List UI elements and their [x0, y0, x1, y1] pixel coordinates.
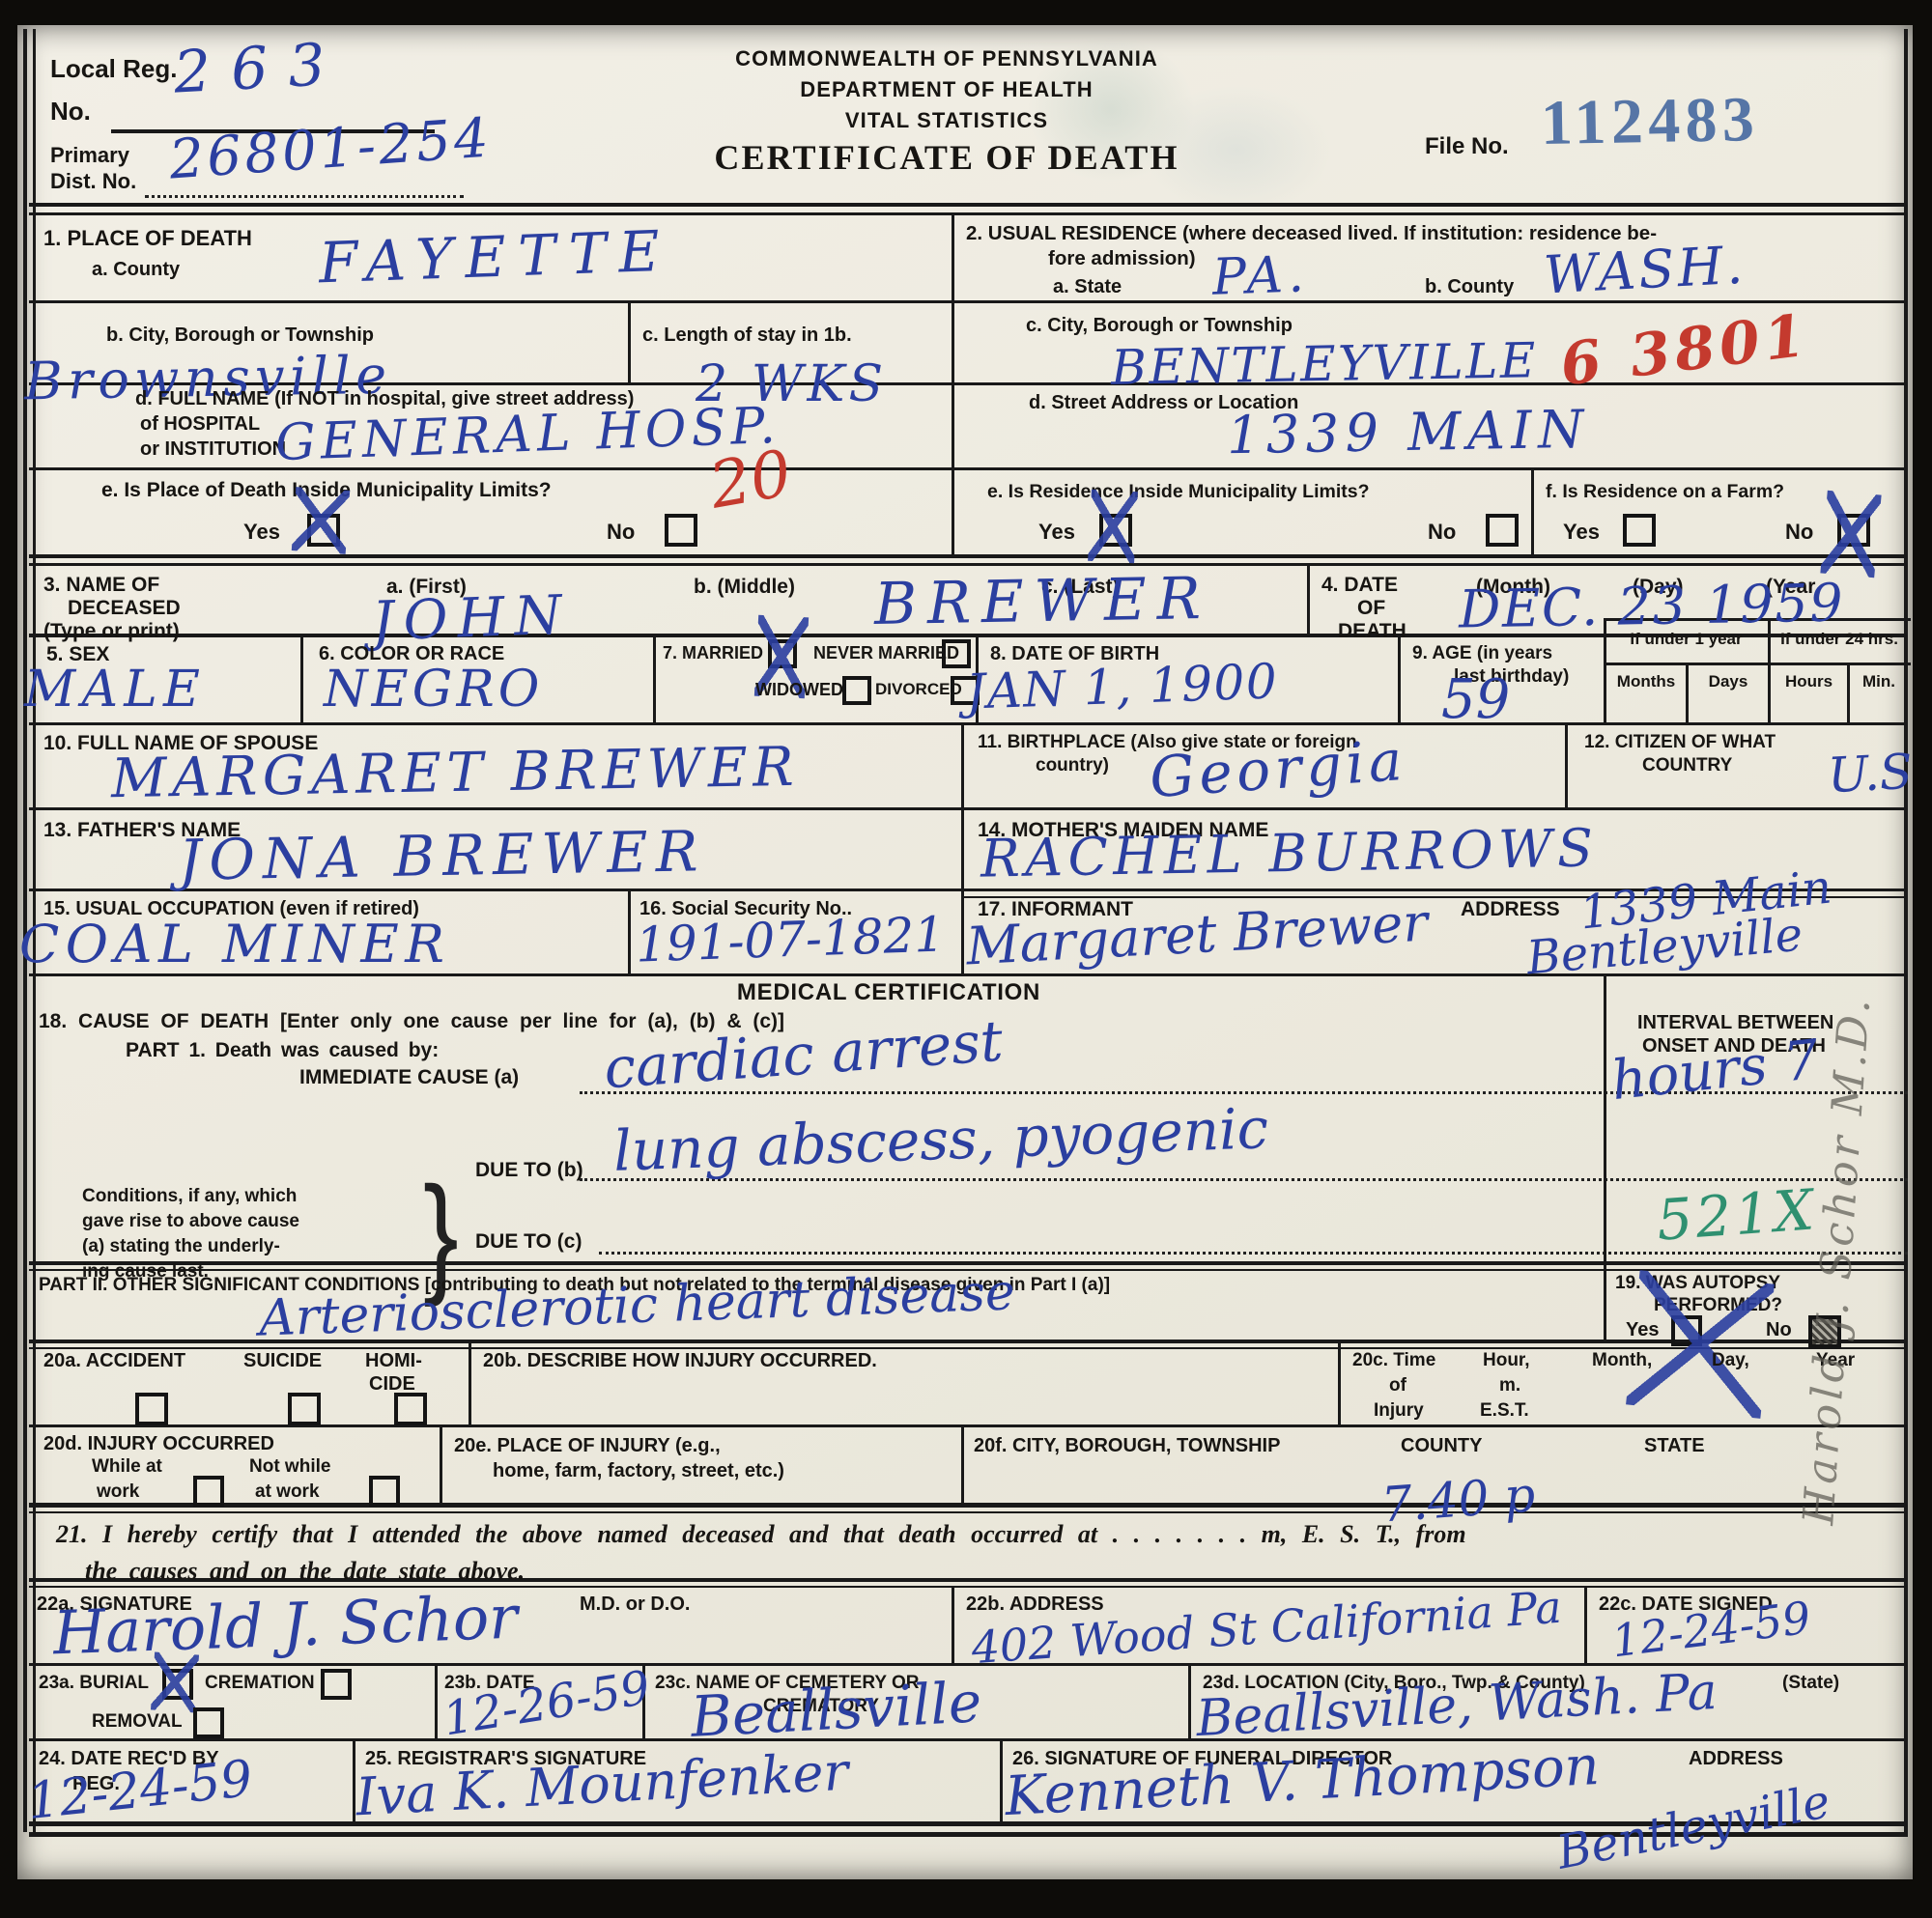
x-mark-burial: [151, 1651, 199, 1712]
date-of-birth-value: JAN 1, 1900: [965, 653, 1279, 719]
residence-state-value: PA.: [1211, 245, 1310, 306]
residence-state-label: a. State: [1053, 276, 1122, 298]
certificate-title: CERTIFICATE OF DEATH: [676, 137, 1217, 178]
rule-h: [29, 1511, 1908, 1513]
residence-county-label: b. County: [1425, 276, 1514, 298]
file-no-stamp: 112483: [1540, 83, 1759, 160]
due-to-c-label: DUE TO (c): [475, 1230, 582, 1254]
rule-v: [435, 1663, 438, 1738]
hour-m-label: m.: [1499, 1375, 1520, 1396]
rule-v: [952, 215, 954, 554]
residence-county-value: WASH.: [1542, 235, 1747, 306]
rule-h: [29, 554, 1908, 558]
last-name-value: BREWER: [873, 565, 1211, 638]
residence-street-value: 1339 MAIN: [1226, 399, 1590, 466]
date-of-death-label-3: DEATH: [1338, 620, 1406, 643]
rule-v: [1604, 973, 1606, 1340]
middle-name-label: b. (Middle): [694, 576, 795, 599]
deceased-label-3: (Type or print): [43, 620, 180, 643]
rule-v: [300, 634, 303, 722]
rule-v: [1188, 1663, 1191, 1738]
rule-h: [29, 1738, 1908, 1741]
rule-h: [29, 212, 1908, 215]
residence-limits-no-label: No: [1428, 520, 1456, 545]
farm-no-label: No: [1785, 520, 1813, 545]
residence-heading-2: fore admission): [1048, 247, 1196, 270]
rule-h: [29, 203, 1908, 207]
not-while-label: Not while: [249, 1456, 330, 1478]
rule-h: [29, 1503, 1908, 1508]
homicide-label-1: HOMI-: [365, 1350, 422, 1372]
accident-label: 20a. ACCIDENT: [43, 1350, 185, 1372]
rule-h: [599, 1252, 1908, 1255]
residence-limits-yes-label: Yes: [1038, 520, 1075, 545]
rule-v: [1565, 722, 1568, 807]
checkbox-not-while-at-work: [369, 1476, 400, 1507]
citizen-label-2: COUNTRY: [1642, 755, 1732, 776]
rule-v: [1398, 634, 1401, 722]
place-of-injury-label-2: home, farm, factory, street, etc.): [493, 1460, 784, 1482]
hour-label: Hour,: [1483, 1350, 1530, 1371]
farm-yes-label: Yes: [1563, 520, 1600, 545]
ssn-value: 191-07-1821: [635, 906, 946, 973]
residence-heading: 2. USUAL RESIDENCE (where deceased lived…: [966, 222, 1657, 245]
length-of-stay-label: c. Length of stay in 1b.: [642, 324, 852, 347]
primary-label: Primary: [50, 143, 129, 168]
place-limits-yes-label: Yes: [243, 520, 280, 545]
rule-h: [29, 807, 1908, 810]
injury-day-label: Day,: [1712, 1350, 1749, 1371]
months-label: Months: [1606, 672, 1686, 691]
checkbox-widowed: [842, 676, 871, 705]
divorced-label: DIVORCED: [875, 680, 962, 699]
date-of-death-label-1: 4. DATE: [1321, 574, 1398, 597]
file-no-label: File No.: [1425, 133, 1509, 160]
rule-v: [653, 634, 656, 722]
burial-label: 23a. BURIAL: [39, 1673, 149, 1694]
suicide-label: SUICIDE: [243, 1350, 322, 1372]
removal-label: REMOVAL: [92, 1711, 183, 1733]
time-of-injury-label-3: Injury: [1374, 1400, 1424, 1422]
city-label: b. City, Borough or Township: [106, 324, 374, 347]
rule-v: [628, 300, 631, 382]
rule-v: [952, 1586, 954, 1663]
county-label: a. County: [92, 259, 180, 281]
injury-state-label: STATE: [1644, 1435, 1705, 1457]
age-value: 59: [1441, 668, 1510, 731]
injury-county-label: COUNTY: [1401, 1435, 1482, 1457]
x-mark-residence-limits-yes: [1088, 490, 1138, 563]
x-mark-autopsy: [1626, 1270, 1775, 1419]
immediate-cause-label: IMMEDIATE CAUSE (a): [299, 1066, 519, 1089]
checkbox-cremation: [321, 1669, 352, 1700]
address-label: 22b. ADDRESS: [966, 1594, 1104, 1616]
part1-label: PART 1. Death was caused by:: [126, 1039, 439, 1062]
est-label: E.S.T.: [1480, 1400, 1529, 1422]
rule-v: [1000, 1738, 1003, 1821]
farm-label: f. Is Residence on a Farm?: [1546, 481, 1784, 503]
rule-v: [1531, 467, 1534, 554]
red-code-place: 20: [704, 436, 797, 522]
hospital-label-3: or INSTITUTION: [140, 438, 286, 461]
date-of-death-label-2: OF: [1357, 597, 1385, 620]
at-work-label: at work: [255, 1481, 320, 1503]
work-label: work: [97, 1481, 139, 1503]
conditions-note-1: Conditions, if any, which: [82, 1186, 297, 1207]
checkbox-place-limits-no: [665, 514, 697, 547]
scanned-death-certificate: Local Reg. No. 263 Primary Dist. No. 268…: [0, 0, 1932, 1918]
local-reg-no-label: No.: [50, 97, 91, 127]
never-married-label: NEVER MARRIED: [813, 643, 959, 663]
rule-h: [580, 1178, 1908, 1181]
checkbox-suicide: [288, 1393, 321, 1425]
place-of-injury-label-1: 20e. PLACE OF INJURY (e.g.,: [454, 1435, 721, 1457]
rule-v: [1338, 1340, 1341, 1424]
race-value: NEGRO: [324, 661, 544, 719]
time-of-injury-label-2: of: [1389, 1375, 1406, 1396]
rule-v: [628, 888, 631, 973]
hospital-label-2: of HOSPITAL: [140, 413, 260, 436]
due-to-b-label: DUE TO (b): [475, 1159, 583, 1182]
funeral-director-address-label: ADDRESS: [1689, 1748, 1783, 1770]
cremation-label: CREMATION: [205, 1673, 315, 1694]
sex-value: MALE: [24, 661, 206, 719]
md-do-label: M.D. or D.O.: [580, 1594, 690, 1616]
time-of-death-value: 7.40 p: [1379, 1467, 1537, 1534]
spouse-value: MARGARET BREWER: [110, 736, 799, 810]
rule-h: [29, 563, 1908, 566]
injury-city-label: 20f. CITY, BOROUGH, TOWNSHIP: [974, 1435, 1280, 1457]
certify-statement-1: 21. I hereby certify that I attended the…: [56, 1520, 1466, 1549]
local-reg-label: Local Reg.: [50, 54, 177, 84]
hours-label: Hours: [1771, 672, 1847, 691]
residence-city-label: c. City, Borough or Township: [1026, 315, 1293, 337]
checkbox-farm-yes: [1623, 514, 1656, 547]
x-mark-place-limits-yes: [292, 487, 350, 554]
married-label: 7. MARRIED: [663, 643, 763, 663]
rule-h: [29, 722, 1908, 725]
checkbox-accident: [135, 1393, 168, 1425]
org-line-1: COMMONWEALTH OF PENNSYLVANIA: [676, 46, 1217, 71]
place-of-death-heading: 1. PLACE OF DEATH: [43, 226, 252, 251]
cemetery-location-label-2: (State): [1782, 1673, 1839, 1694]
time-of-injury-label-1: 20c. Time: [1352, 1350, 1435, 1371]
injury-occurred-label: 20d. INJURY OCCURRED: [43, 1433, 274, 1455]
checkbox-while-at-work: [193, 1476, 224, 1507]
local-reg-value: 263: [172, 30, 347, 106]
org-line-2: DEPARTMENT OF HEALTH: [676, 77, 1217, 102]
checkbox-homicide: [394, 1393, 427, 1425]
rule-v: [1584, 1586, 1587, 1663]
rule-h: [29, 1586, 1908, 1588]
certify-statement-2: the causes and on the date state above.: [85, 1557, 525, 1586]
place-limits-no-label: No: [607, 520, 635, 545]
residence-limits-label: e. Is Residence Inside Municipality Limi…: [987, 481, 1370, 503]
rule-v: [469, 1340, 471, 1424]
rule-v: [961, 722, 964, 973]
checkbox-residence-limits-no: [1486, 514, 1519, 547]
primary-dist-label: Dist. No.: [50, 169, 136, 194]
rule-h: [29, 1347, 1908, 1349]
deceased-label-2: DECEASED: [68, 597, 181, 620]
medical-title: MEDICAL CERTIFICATION: [628, 979, 1150, 1006]
age-label-1: 9. AGE (in years: [1412, 643, 1552, 664]
rule-v: [440, 1424, 442, 1503]
informant-address-label: ADDRESS: [1461, 898, 1560, 921]
father-value: JONA BREWER: [178, 818, 706, 893]
county-value: FAYETTE: [318, 218, 673, 296]
under-1-year-label: If under 1 year: [1606, 630, 1766, 649]
residence-city-value: BENTLEYVILLE: [1111, 332, 1539, 396]
conditions-note-2: gave rise to above cause: [82, 1211, 299, 1232]
checkbox-removal: [193, 1707, 224, 1738]
citizen-label-1: 12. CITIZEN OF WHAT: [1584, 732, 1776, 753]
org-line-3: VITAL STATISTICS: [676, 108, 1217, 133]
occupation-value: COAL MINER: [19, 914, 450, 974]
widowed-label: WIDOWED: [755, 680, 843, 700]
rule-v: [961, 1424, 964, 1503]
days-label: Days: [1689, 672, 1768, 691]
birthplace-label-2: country): [1036, 755, 1109, 776]
mother-value: RACHEL BURROWS: [980, 817, 1598, 888]
describe-injury-label: 20b. DESCRIBE HOW INJURY OCCURRED.: [483, 1350, 877, 1372]
rule-h: [145, 195, 464, 198]
rule-v: [1307, 563, 1310, 634]
deceased-label-1: 3. NAME OF: [43, 574, 159, 597]
while-at-label: While at: [92, 1456, 162, 1478]
injury-month-label: Month,: [1592, 1350, 1652, 1371]
green-code: 521X: [1655, 1176, 1819, 1253]
conditions-note-3: (a) stating the underly-: [82, 1236, 280, 1257]
